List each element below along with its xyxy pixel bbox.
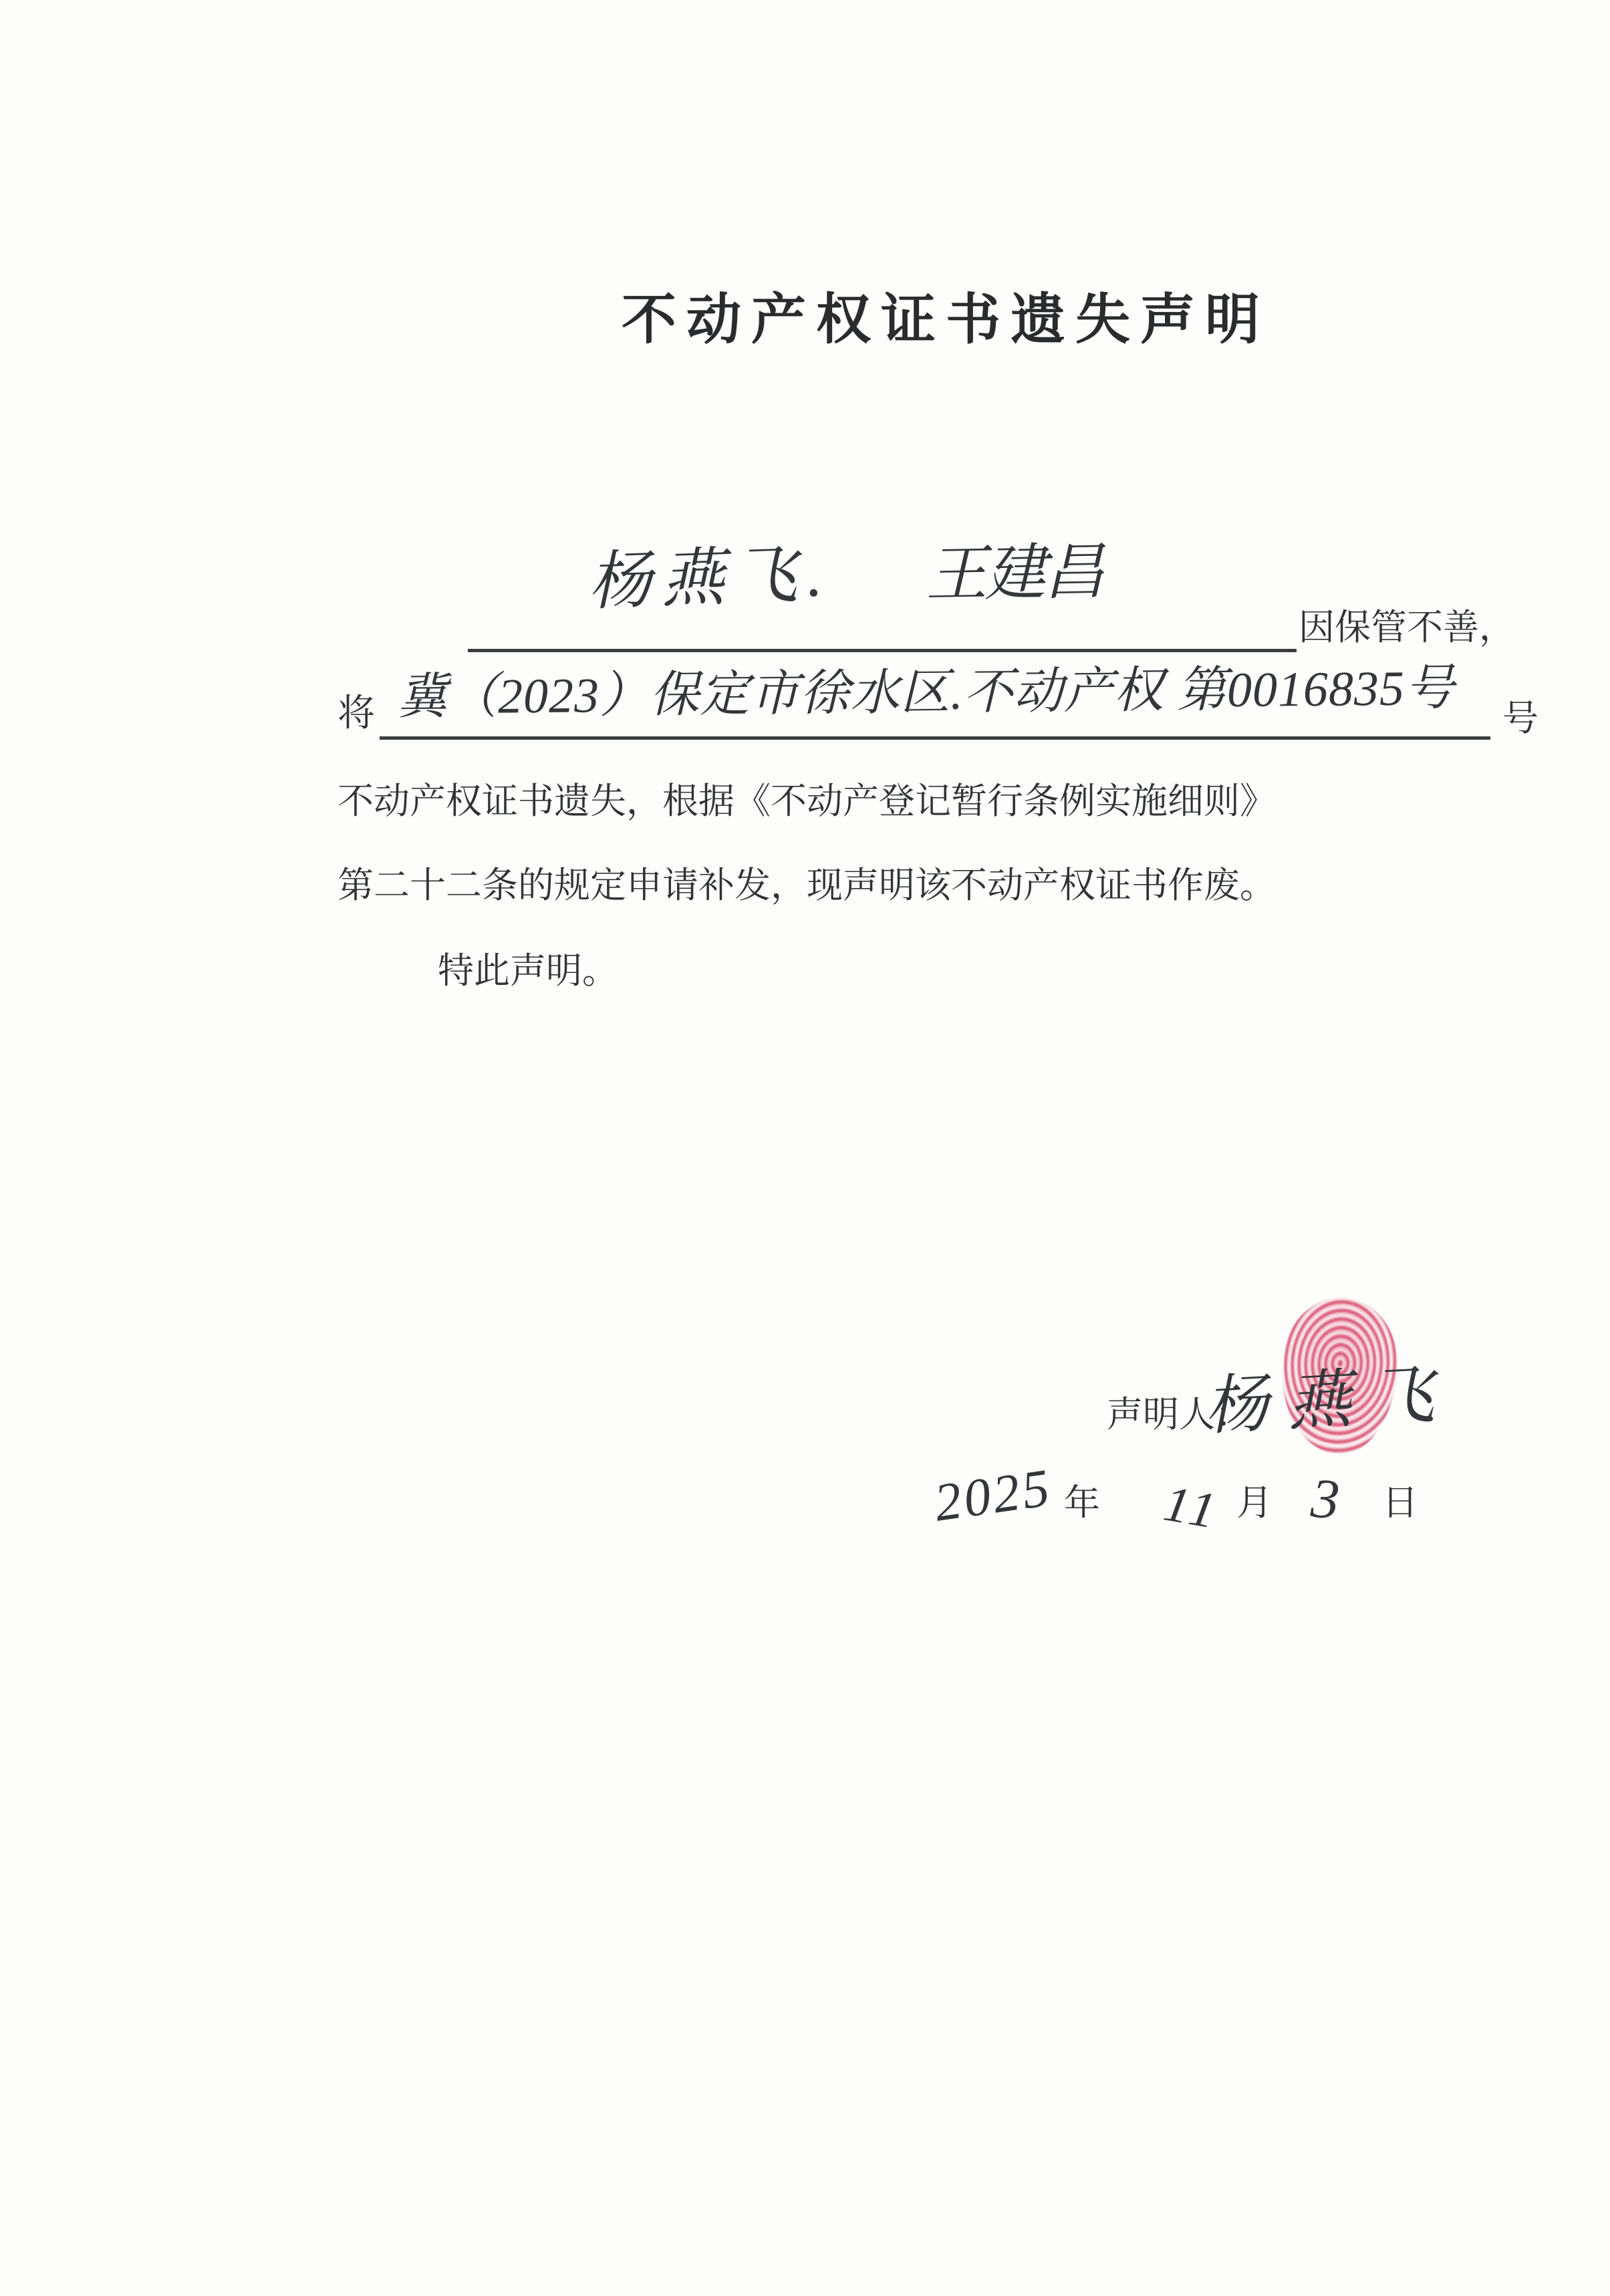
reason-text: 因保管不善，: [1299, 609, 1515, 645]
certificate-line-prefix: 将: [338, 695, 375, 732]
date-year-value-handwritten: 2025: [931, 1461, 1055, 1530]
declarant-signature-handwritten: 杨燕飞: [1203, 1362, 1455, 1439]
date-day-unit: 日: [1382, 1485, 1418, 1521]
date-year-unit: 年: [1064, 1485, 1100, 1521]
document-title: 不动产权证书遗失声明: [622, 293, 1270, 347]
certificate-blank-underline: [380, 736, 1490, 740]
body-line-1: 不动产权证书遗失，根据《不动产登记暂行条例实施细则》: [338, 783, 1276, 819]
closing-line: 特此声明。: [438, 953, 618, 989]
date-day-value-handwritten: 3: [1309, 1471, 1341, 1529]
certificate-number-handwritten: 冀（2023）保定市徐水区.不动产权 第0016835号: [398, 664, 1456, 722]
names-blank-underline: [468, 649, 1297, 652]
date-month-value-handwritten: 11: [1160, 1477, 1223, 1537]
document-page: 不动产权证书遗失声明 杨燕飞. 王建昌 因保管不善， 将 冀（2023）保定市徐…: [0, 0, 1610, 2296]
owner-name-2-handwritten: 王建昌: [925, 541, 1103, 606]
date-month-unit: 月: [1236, 1485, 1272, 1521]
body-line-2: 第二十二条的规定申请补发，现声明该不动产权证书作废。: [338, 867, 1276, 903]
certificate-line-suffix: 号: [1502, 700, 1538, 736]
owner-name-1-handwritten: 杨燕飞.: [587, 543, 833, 615]
